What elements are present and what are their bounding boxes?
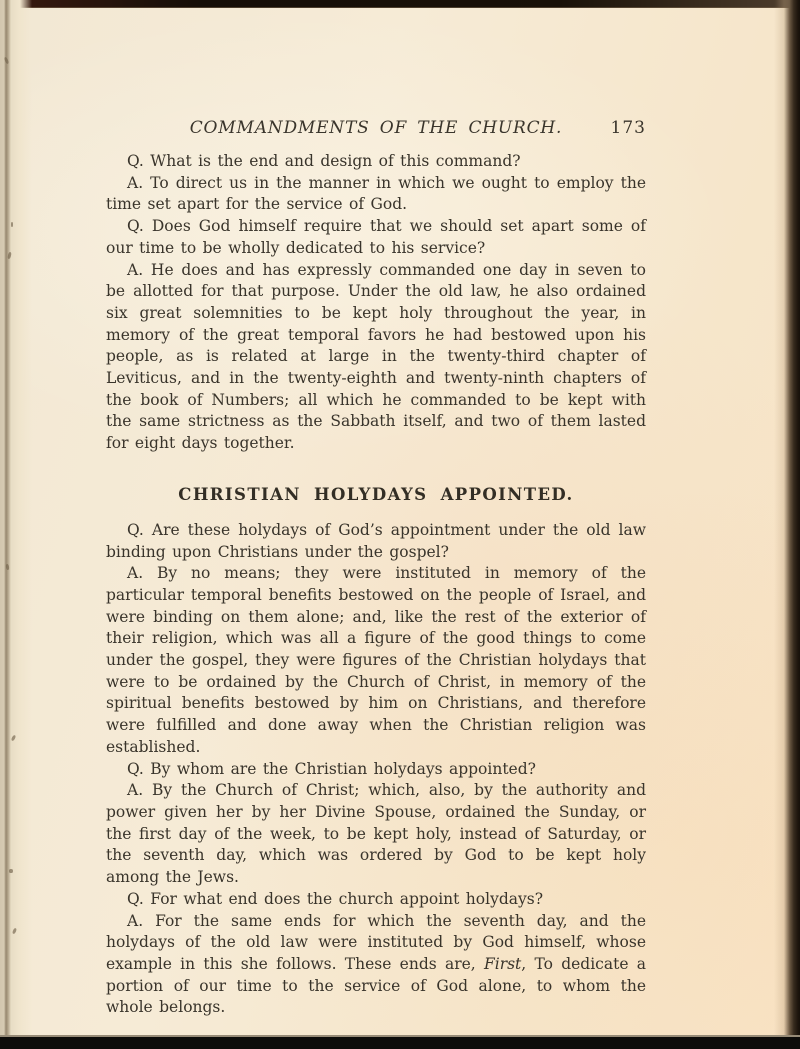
question-paragraph: Q. Does God himself require that we shou… [106, 216, 646, 259]
final-answer-italic-word: First [484, 955, 521, 973]
question-paragraph: Q. Are these holydays of God’s appointme… [106, 520, 646, 563]
answer-paragraph: A. By no means; they were instituted in … [106, 563, 646, 758]
running-header-title: COMMANDMENTS OF THE CHURCH. [190, 118, 563, 138]
scan-edge-bottom [0, 1035, 800, 1049]
page-number: 173 [611, 117, 646, 139]
answer-paragraph-final: A. For the same ends for which the seven… [106, 911, 646, 1020]
answer-paragraph: A. To direct us in the manner in which w… [106, 173, 646, 216]
running-header: COMMANDMENTS OF THE CHURCH. 173 [106, 117, 646, 139]
binding-mark [9, 869, 13, 873]
question-paragraph: Q. What is the end and design of this co… [106, 151, 646, 173]
page-edge-right [774, 0, 800, 1049]
scanned-book-page: COMMANDMENTS OF THE CHURCH. 173 Q. What … [0, 0, 800, 1049]
question-paragraph: Q. By whom are the Christian holydays ap… [106, 759, 646, 781]
answer-paragraph: A. He does and has expressly commanded o… [106, 260, 646, 455]
binding-mark [11, 222, 13, 227]
page-gutter-left [0, 0, 32, 1049]
scan-edge-top [0, 0, 800, 8]
answer-paragraph: A. By the Church of Christ; which, also,… [106, 780, 646, 889]
section-heading: CHRISTIAN HOLYDAYS APPOINTED. [106, 485, 646, 505]
page-content: COMMANDMENTS OF THE CHURCH. 173 Q. What … [106, 117, 646, 1019]
question-paragraph: Q. For what end does the church appoint … [106, 889, 646, 911]
